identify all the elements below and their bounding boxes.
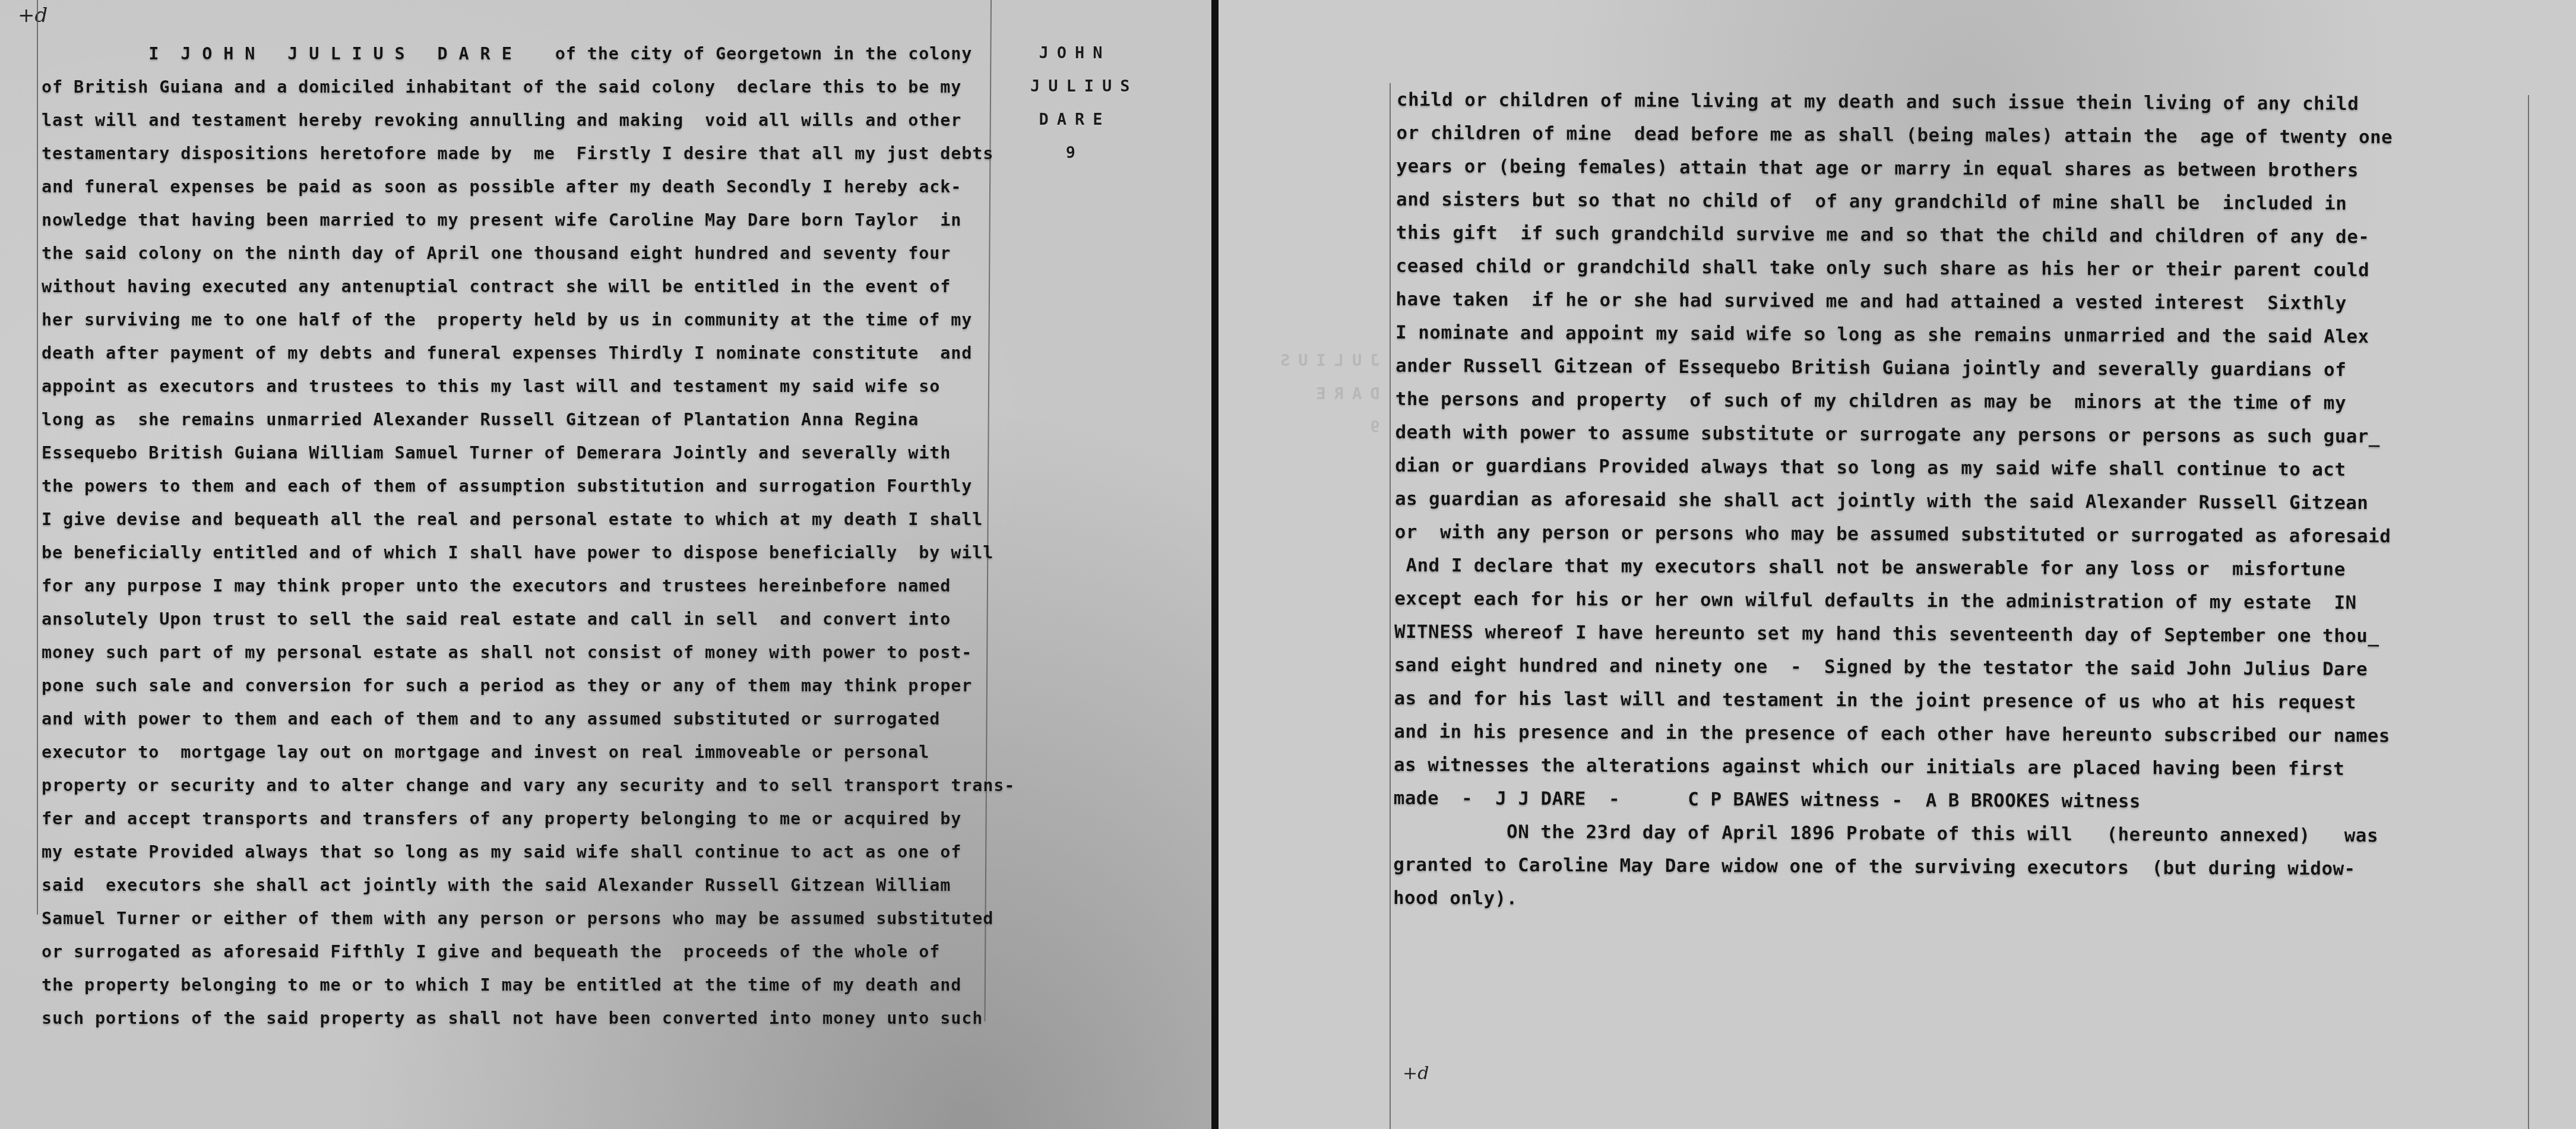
text-line: the property belonging to me or to which… (42, 968, 1004, 1001)
text-line: for any purpose I may think proper unto … (42, 569, 1004, 602)
left-page: +d I J O H N J U L I U S D A R E of the … (0, 0, 1211, 1129)
text-line: and with power to them and each of them … (42, 702, 1004, 735)
marginal-heading: JOHNJULIUSDARE9 (1030, 37, 1119, 170)
text-line: testamentary dispositions heretofore mad… (42, 137, 1004, 170)
text-line: long as she remains unmarried Alexander … (42, 403, 1004, 436)
text-line: years or (being females) attain that age… (1396, 150, 2512, 188)
bleed-through-text: JULIUS DARE 9 (1272, 344, 1380, 444)
text-line: without having executed any antenuptial … (42, 270, 1004, 303)
text-line: pone such sale and conversion for such a… (42, 669, 1004, 702)
marginal-heading-line: 9 (1030, 137, 1119, 170)
text-line: have taken if he or she had survived me … (1395, 283, 2512, 321)
text-line: such portions of the said property as sh… (42, 1001, 1004, 1035)
text-line: as guardian as aforesaid she shall act j… (1395, 482, 2511, 520)
text-line: nowledge that having been married to my … (42, 203, 1004, 236)
text-line: ansolutely Upon trust to sell the said r… (42, 602, 1004, 635)
text-line: be beneficially entitled and of which I … (42, 536, 1004, 569)
text-line: ander Russell Gitzean of Essequebo Briti… (1395, 349, 2512, 387)
text-line: ceased child or grandchild shall take on… (1396, 249, 2512, 287)
text-line: this gift if such grandchild survive me … (1396, 216, 2512, 254)
text-line: or with any person or persons who may be… (1395, 516, 2511, 554)
text-line: ON the 23rd day of April 1896 Probate of… (1393, 815, 2509, 853)
text-line: death after payment of my debts and fune… (42, 336, 1004, 369)
marginal-heading-line: JOHN (1030, 37, 1119, 70)
text-line: child or children of mine living at my d… (1397, 83, 2513, 121)
text-line: the said colony on the ninth day of Apri… (42, 236, 1004, 270)
marginal-heading-line: JULIUS (1030, 70, 1119, 103)
right-page: JULIUS DARE 9 +d child or children of mi… (1219, 0, 2576, 1129)
text-line: the persons and property of such of my c… (1395, 382, 2512, 420)
will-body-right: child or children of mine living at my d… (1393, 83, 2513, 919)
text-line: Samuel Turner or either of them with any… (42, 902, 1004, 935)
text-line: Essequebo British Guiana William Samuel … (42, 436, 1004, 469)
text-line: except each for his or her own wilful de… (1394, 582, 2511, 620)
marginal-heading-line: DARE (1030, 103, 1119, 137)
page-divider (1211, 0, 1219, 1129)
text-line: the powers to them and each of them of a… (42, 469, 1004, 502)
text-line: and in his presence and in the presence … (1394, 715, 2510, 753)
text-line: said executors she shall act jointly wit… (42, 868, 1004, 902)
text-line: dian or guardians Provided always that s… (1395, 449, 2511, 487)
right-page-left-margin-rule (1390, 83, 1391, 1129)
text-line: I give devise and bequeath all the real … (42, 502, 1004, 536)
text-line: her surviving me to one half of the prop… (42, 303, 1004, 336)
text-line: sand eight hundred and ninety one - Sign… (1394, 649, 2511, 687)
text-line: I J O H N J U L I U S D A R E of the cit… (42, 37, 1004, 70)
text-line: made - J J DARE - C P BAWES witness - A … (1394, 782, 2510, 820)
corner-annotation-right: +d (1403, 1063, 1429, 1084)
corner-annotation-left: +d (18, 4, 48, 27)
text-line: appoint as executors and trustees to thi… (42, 369, 1004, 403)
text-line: hood only). (1393, 881, 2509, 919)
text-line: as witnesses the alterations against whi… (1394, 748, 2510, 786)
text-line: money such part of my personal estate as… (42, 635, 1004, 669)
text-line: executor to mortgage lay out on mortgage… (42, 735, 1004, 769)
text-line: fer and accept transports and transfers … (42, 802, 1004, 835)
text-line: or surrogated as aforesaid Fifthly I giv… (42, 935, 1004, 968)
text-line: I nominate and appoint my said wife so l… (1395, 316, 2512, 354)
text-line: death with power to assume substitute or… (1395, 416, 2511, 454)
text-line: last will and testament hereby revoking … (42, 103, 1004, 137)
text-line: and funeral expenses be paid as soon as … (42, 170, 1004, 203)
text-line: or children of mine dead before me as sh… (1397, 116, 2513, 154)
will-body-left: I J O H N J U L I U S D A R E of the cit… (42, 37, 1004, 1035)
text-line: my estate Provided always that so long a… (42, 835, 1004, 868)
text-line: and sisters but so that no child of of a… (1396, 183, 2512, 221)
left-margin-rule (37, 0, 38, 915)
text-line: of British Guiana and a domiciled inhabi… (42, 70, 1004, 103)
right-page-right-margin-rule (2528, 95, 2529, 1129)
text-line: granted to Caroline May Dare widow one o… (1393, 848, 2509, 886)
text-line: And I declare that my executors shall no… (1394, 549, 2511, 587)
text-line: WITNESS whereof I have hereunto set my h… (1394, 615, 2511, 653)
text-line: as and for his last will and testament i… (1394, 682, 2510, 720)
text-line: property or security and to alter change… (42, 769, 1004, 802)
